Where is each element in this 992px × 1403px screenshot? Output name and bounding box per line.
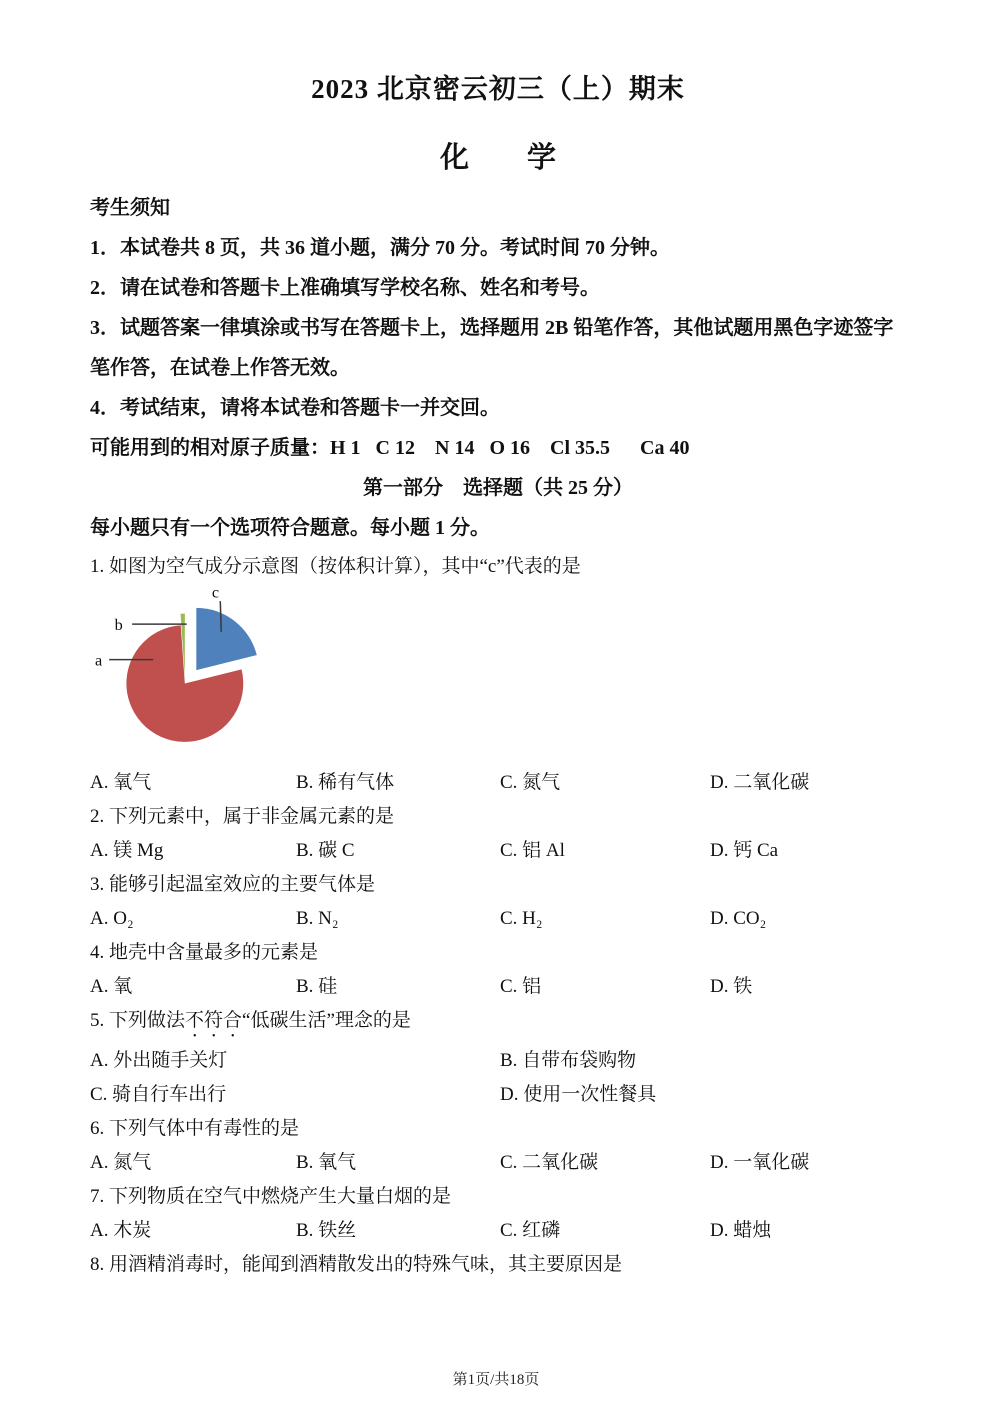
- atomic-masses-line: 可能用到的相对原子质量：H 1 C 12 N 14 O 16 Cl 35.5 C…: [90, 428, 906, 468]
- question-2-stem: 2. 下列元素中，属于非金属元素的是: [90, 801, 906, 832]
- question-7-options: A. 木炭 B. 铁丝 C. 红磷 D. 蜡烛: [90, 1215, 906, 1246]
- question-8-stem: 8. 用酒精消毒时，能闻到酒精散发出的特殊气味，其主要原因是: [90, 1249, 906, 1280]
- q5-option-c: C. 骑自行车出行: [90, 1079, 500, 1110]
- q4-option-c: C. 铝: [500, 971, 710, 1002]
- q7-option-a: A. 木炭: [90, 1215, 296, 1246]
- q3-option-b: B. N₂: [296, 903, 500, 934]
- subject-title: 化 学: [90, 140, 906, 176]
- exam-page: 2023 北京密云初三（上）期末 化 学 考生须知 1．本试卷共 8 页，共 3…: [0, 0, 992, 1403]
- leader-line-c: [220, 601, 221, 632]
- q7-option-d: D. 蜡烛: [710, 1215, 906, 1246]
- q1-option-c: C. 氮气: [500, 767, 710, 798]
- q5-stem-pre: 5. 下列做法: [90, 1010, 185, 1031]
- q4-option-a: A. 氧: [90, 971, 296, 1002]
- question-1-stem: 1. 如图为空气成分示意图（按体积计算），其中“c”代表的是: [90, 551, 906, 582]
- pie-label-c: c: [212, 582, 219, 601]
- section-heading: 第一部分 选择题（共 25 分）: [90, 468, 906, 508]
- q6-option-d: D. 一氧化碳: [710, 1147, 906, 1178]
- pie-slice-c: [196, 608, 256, 670]
- notice-item-4: 4．考试结束，请将本试卷和答题卡一并交回。: [90, 388, 906, 428]
- q6-option-c: C. 二氧化碳: [500, 1147, 710, 1178]
- q5-option-a: A. 外出随手关灯: [90, 1045, 500, 1076]
- notice-item-2: 2．请在试卷和答题卡上准确填写学校名称、姓名和考号。: [90, 268, 906, 308]
- pie-chart-svg: c b a: [90, 582, 276, 764]
- q2-option-a: A. 镁 Mg: [90, 835, 296, 866]
- q4-option-d: D. 铁: [710, 971, 906, 1002]
- q2-option-d: D. 钙 Ca: [710, 835, 906, 866]
- question-1-options: A. 氧气 B. 稀有气体 C. 氮气 D. 二氧化碳: [90, 767, 906, 798]
- notice-section: 考生须知 1．本试卷共 8 页，共 36 道小题，满分 70 分。考试时间 70…: [90, 188, 906, 548]
- question-4-options: A. 氧 B. 硅 C. 铝 D. 铁: [90, 971, 906, 1002]
- pie-label-b: b: [115, 615, 123, 634]
- questions-list: 1. 如图为空气成分示意图（按体积计算），其中“c”代表的是 c b a: [90, 551, 906, 1280]
- q1-option-d: D. 二氧化碳: [710, 767, 906, 798]
- question-6-stem: 6. 下列气体中有毒性的是: [90, 1113, 906, 1144]
- page-number: 第1页/共18页: [0, 1368, 992, 1389]
- q3-option-d: D. CO₂: [710, 903, 906, 934]
- q6-option-b: B. 氧气: [296, 1147, 500, 1178]
- question-6-options: A. 氮气 B. 氧气 C. 二氧化碳 D. 一氧化碳: [90, 1147, 906, 1178]
- question-4-stem: 4. 地壳中含量最多的元素是: [90, 937, 906, 968]
- page-content: 2023 北京密云初三（上）期末 化 学 考生须知 1．本试卷共 8 页，共 3…: [0, 0, 992, 1280]
- q7-option-c: C. 红磷: [500, 1215, 710, 1246]
- question-7-stem: 7. 下列物质在空气中燃烧产生大量白烟的是: [90, 1181, 906, 1212]
- question-5-stem: 5. 下列做法不符合“低碳生活”理念的是: [90, 1005, 906, 1042]
- notice-heading: 考生须知: [90, 188, 906, 228]
- question-3-options: A. O₂ B. N₂ C. H₂ D. CO₂: [90, 903, 906, 934]
- question-3-stem: 3. 能够引起温室效应的主要气体是: [90, 869, 906, 900]
- q3-option-c: C. H₂: [500, 903, 710, 934]
- notice-item-1: 1．本试卷共 8 页，共 36 道小题，满分 70 分。考试时间 70 分钟。: [90, 228, 906, 268]
- q5-stem-emphasis: 不符合: [185, 1010, 242, 1031]
- pie-label-a: a: [95, 650, 102, 669]
- q7-option-b: B. 铁丝: [296, 1215, 500, 1246]
- q1-option-b: B. 稀有气体: [296, 767, 500, 798]
- q2-option-c: C. 铝 Al: [500, 835, 710, 866]
- page-title: 2023 北京密云初三（上）期末: [90, 72, 906, 106]
- notice-item-3: 3．试题答案一律填涂或书写在答题卡上，选择题用 2B 铅笔作答，其他试题用黑色字…: [90, 308, 906, 388]
- q1-option-a: A. 氧气: [90, 767, 296, 798]
- question-5-options-row-1: A. 外出随手关灯 B. 自带布袋购物: [90, 1045, 906, 1076]
- question-2-options: A. 镁 Mg B. 碳 C C. 铝 Al D. 钙 Ca: [90, 835, 906, 866]
- q5-stem-post: “低碳生活”理念的是: [242, 1010, 411, 1031]
- air-composition-pie-chart: c b a: [90, 582, 906, 764]
- q4-option-b: B. 硅: [296, 971, 500, 1002]
- q5-option-b: B. 自带布袋购物: [500, 1045, 906, 1076]
- q6-option-a: A. 氮气: [90, 1147, 296, 1178]
- q3-option-a: A. O₂: [90, 903, 296, 934]
- question-5-options-row-2: C. 骑自行车出行 D. 使用一次性餐具: [90, 1079, 906, 1110]
- q2-option-b: B. 碳 C: [296, 835, 500, 866]
- section-note: 每小题只有一个选项符合题意。每小题 1 分。: [90, 508, 906, 548]
- q5-option-d: D. 使用一次性餐具: [500, 1079, 906, 1110]
